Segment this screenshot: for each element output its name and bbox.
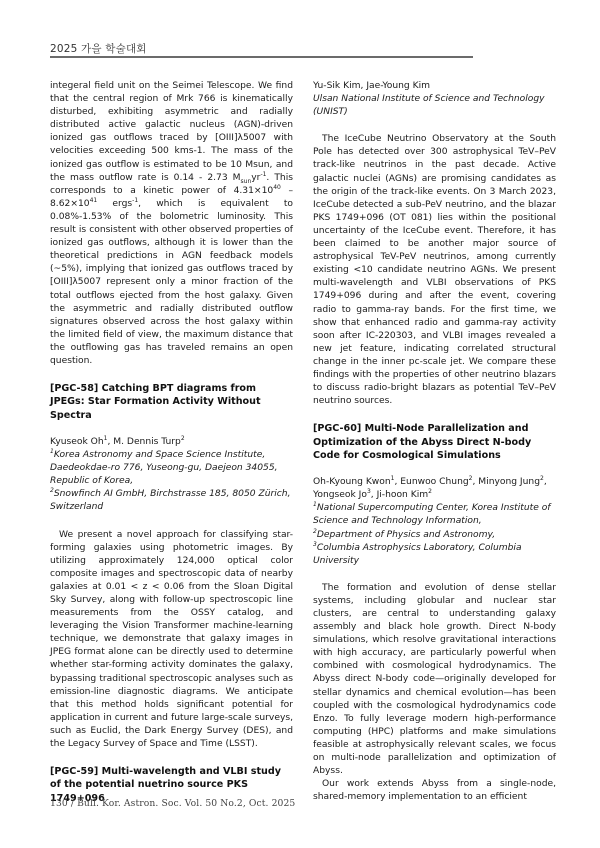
pgc58-affiliation-2: 2Snowfinch AI GmbH, Birchstrasse 185, 80… <box>50 488 293 514</box>
pgc60-authors: Oh-Kyoung Kwon1, Eunwoo Chung2, Minyong … <box>313 476 556 502</box>
running-header: 2025 가을 학술대회 <box>50 41 147 56</box>
right-column: Yu-Sik Kim, Jae-Young Kim Ulsan National… <box>313 80 556 804</box>
page: 2025 가을 학술대회 integeral field unit on the… <box>0 0 600 848</box>
pgc59-abstract: The IceCube Neutrino Observatory at the … <box>313 133 556 408</box>
pgc58-affiliation-1: 1Korea Astronomy and Space Science Insti… <box>50 449 293 488</box>
header-rule <box>50 56 473 58</box>
pgc60-abstract-p2: Our work extends Abyss from a single-nod… <box>313 778 556 804</box>
pgc60-affiliation-1: 1National Supercomputing Center, Korea I… <box>313 502 556 528</box>
pgc59-affiliation: Ulsan National Institute of Science and … <box>313 93 556 119</box>
pgc60-abstract-p1: The formation and evolution of dense ste… <box>313 582 556 778</box>
pgc59-authors: Yu-Sik Kim, Jae-Young Kim <box>313 80 556 93</box>
pgc60-title: [PGC-60] Multi-Node Parallelization and … <box>313 422 556 462</box>
pgc58-abstract: We present a novel approach for classify… <box>50 529 293 752</box>
pgc60-affiliation-3: 3Columbia Astrophysics Laboratory, Colum… <box>313 542 556 568</box>
pgc58-authors: Kyuseok Oh1, M. Dennis Turp2 <box>50 436 293 449</box>
previous-abstract-tail: integeral field unit on the Seimei Teles… <box>50 80 293 368</box>
left-column: integeral field unit on the Seimei Teles… <box>50 80 293 805</box>
page-footer: 130 / Bull. Kor. Astron. Soc. Vol. 50 No… <box>50 798 295 809</box>
pgc58-title: [PGC-58] Catching BPT diagrams from JPEG… <box>50 382 293 422</box>
pgc60-affiliation-2: 2Department of Physics and Astronomy, <box>313 529 556 542</box>
